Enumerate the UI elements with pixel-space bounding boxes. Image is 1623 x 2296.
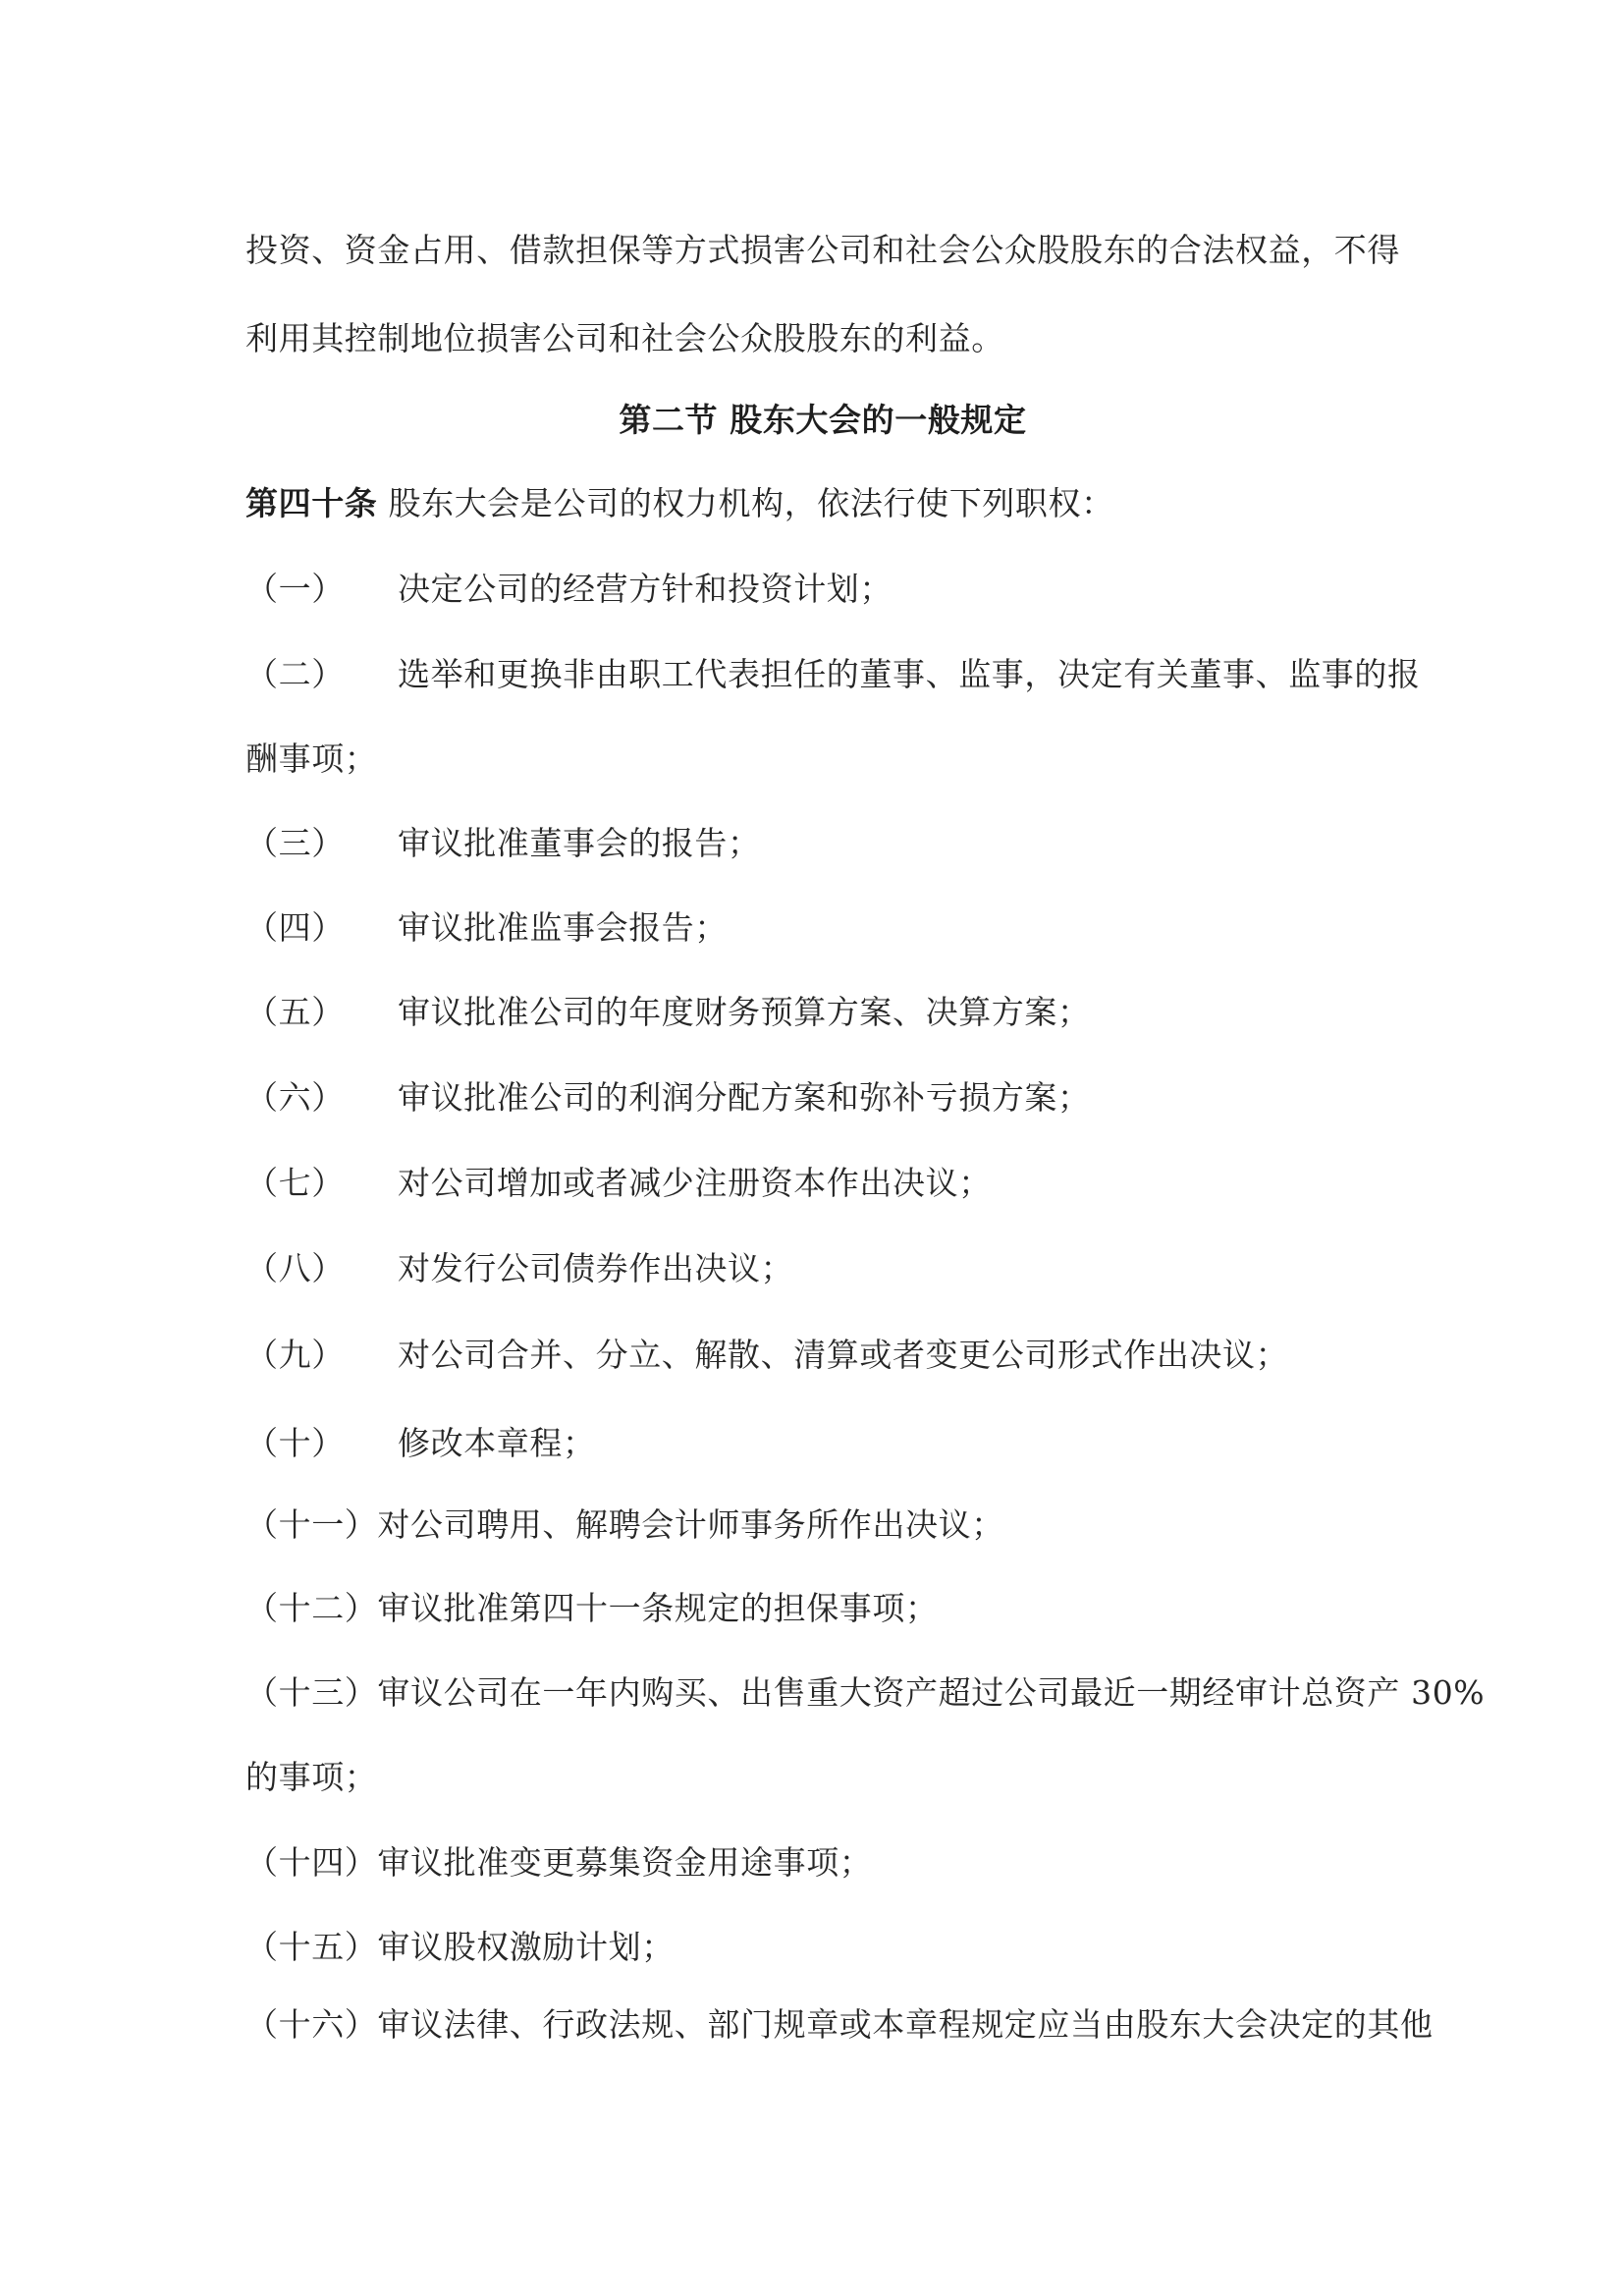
- list-item: （一）决定公司的经营方针和投资计划；: [245, 570, 1404, 609]
- item-number: （十二）: [245, 1589, 377, 1628]
- item-number: （五）: [245, 993, 398, 1032]
- document-page: 投资、资金占用、借款担保等方式损害公司和社会公众股股东的合法权益，不得 利用其控…: [0, 0, 1623, 2296]
- item-text: 对发行公司债券作出决议；: [398, 1249, 793, 1287]
- item-number: （十六）: [245, 2005, 377, 2045]
- item-text: 对公司增加或者减少注册资本作出决议；: [398, 1164, 992, 1202]
- list-item: （十）修改本章程；: [245, 1424, 1404, 1463]
- intro-line-1: 投资、资金占用、借款担保等方式损害公司和社会公众股股东的合法权益，不得: [245, 231, 1404, 270]
- article-number: 第四十条: [245, 484, 377, 522]
- item-text: 选举和更换非由职工代表担任的董事、监事，决定有关董事、监事的报: [398, 655, 1421, 693]
- item-text: 审议股权激励计划；: [377, 1928, 674, 1966]
- item-text: 审议批准监事会报告；: [398, 908, 728, 947]
- list-item: （十一）对公司聘用、解聘会计师事务所作出决议；: [245, 1505, 1404, 1545]
- list-item: （二）选举和更换非由职工代表担任的董事、监事，决定有关董事、监事的报: [245, 655, 1404, 694]
- item-number: （一）: [245, 570, 398, 609]
- list-item: （十六）审议法律、行政法规、部门规章或本章程规定应当由股东大会决定的其他: [245, 2005, 1404, 2045]
- item-text: 对公司聘用、解聘会计师事务所作出决议；: [377, 1505, 1003, 1544]
- list-item: （九）对公司合并、分立、解散、清算或者变更公司形式作出决议；: [245, 1336, 1404, 1375]
- item-number: （六）: [245, 1078, 398, 1118]
- item-text: 决定公司的经营方针和投资计划；: [398, 570, 893, 608]
- item-number: （三）: [245, 824, 398, 863]
- section-heading: 第二节 股东大会的一般规定: [245, 401, 1400, 440]
- list-item-continuation: 酬事项；: [245, 739, 1404, 779]
- item-text: 审议批准公司的年度财务预算方案、决算方案；: [398, 993, 1091, 1031]
- item-text: 修改本章程；: [398, 1424, 596, 1462]
- item-number: （十三）: [245, 1673, 377, 1713]
- list-item: （三）审议批准董事会的报告；: [245, 824, 1404, 863]
- item-text: 审议批准董事会的报告；: [398, 824, 761, 862]
- list-item: （十五）审议股权激励计划；: [245, 1928, 1404, 1967]
- item-number: （二）: [245, 655, 398, 694]
- list-item: （八）对发行公司债券作出决议；: [245, 1249, 1404, 1288]
- item-text: 对公司合并、分立、解散、清算或者变更公司形式作出决议；: [398, 1336, 1288, 1374]
- item-number: （八）: [245, 1249, 398, 1288]
- article-40: 第四十条 股东大会是公司的权力机构，依法行使下列职权：: [245, 484, 1404, 523]
- item-number: （十五）: [245, 1928, 377, 1967]
- list-item: （十二）审议批准第四十一条规定的担保事项；: [245, 1589, 1404, 1628]
- item-number: （十）: [245, 1424, 398, 1463]
- item-text: 审议法律、行政法规、部门规章或本章程规定应当由股东大会决定的其他: [377, 2005, 1433, 2044]
- item-number: （四）: [245, 908, 398, 948]
- item-number: （十四）: [245, 1843, 377, 1883]
- list-item: （六）审议批准公司的利润分配方案和弥补亏损方案；: [245, 1078, 1404, 1118]
- item-number: （十一）: [245, 1505, 377, 1545]
- list-item: （十三）审议公司在一年内购买、出售重大资产超过公司最近一期经审计总资产 30%: [245, 1673, 1404, 1713]
- list-item: （十四）审议批准变更募集资金用途事项；: [245, 1843, 1404, 1883]
- intro-line-2: 利用其控制地位损害公司和社会公众股股东的利益。: [245, 319, 1404, 358]
- item-text: 审议批准变更募集资金用途事项；: [377, 1843, 872, 1882]
- item-number: （七）: [245, 1164, 398, 1203]
- list-item: （四）审议批准监事会报告；: [245, 908, 1404, 948]
- list-item-continuation: 的事项；: [245, 1758, 1404, 1797]
- item-number: （九）: [245, 1336, 398, 1375]
- item-text: 审议公司在一年内购买、出售重大资产超过公司最近一期经审计总资产 30%: [377, 1673, 1485, 1712]
- item-text: 审议批准公司的利润分配方案和弥补亏损方案；: [398, 1078, 1091, 1117]
- list-item: （七）对公司增加或者减少注册资本作出决议；: [245, 1164, 1404, 1203]
- item-text: 审议批准第四十一条规定的担保事项；: [377, 1589, 938, 1627]
- list-item: （五）审议批准公司的年度财务预算方案、决算方案；: [245, 993, 1404, 1032]
- article-text: 股东大会是公司的权力机构，依法行使下列职权：: [377, 484, 1113, 522]
